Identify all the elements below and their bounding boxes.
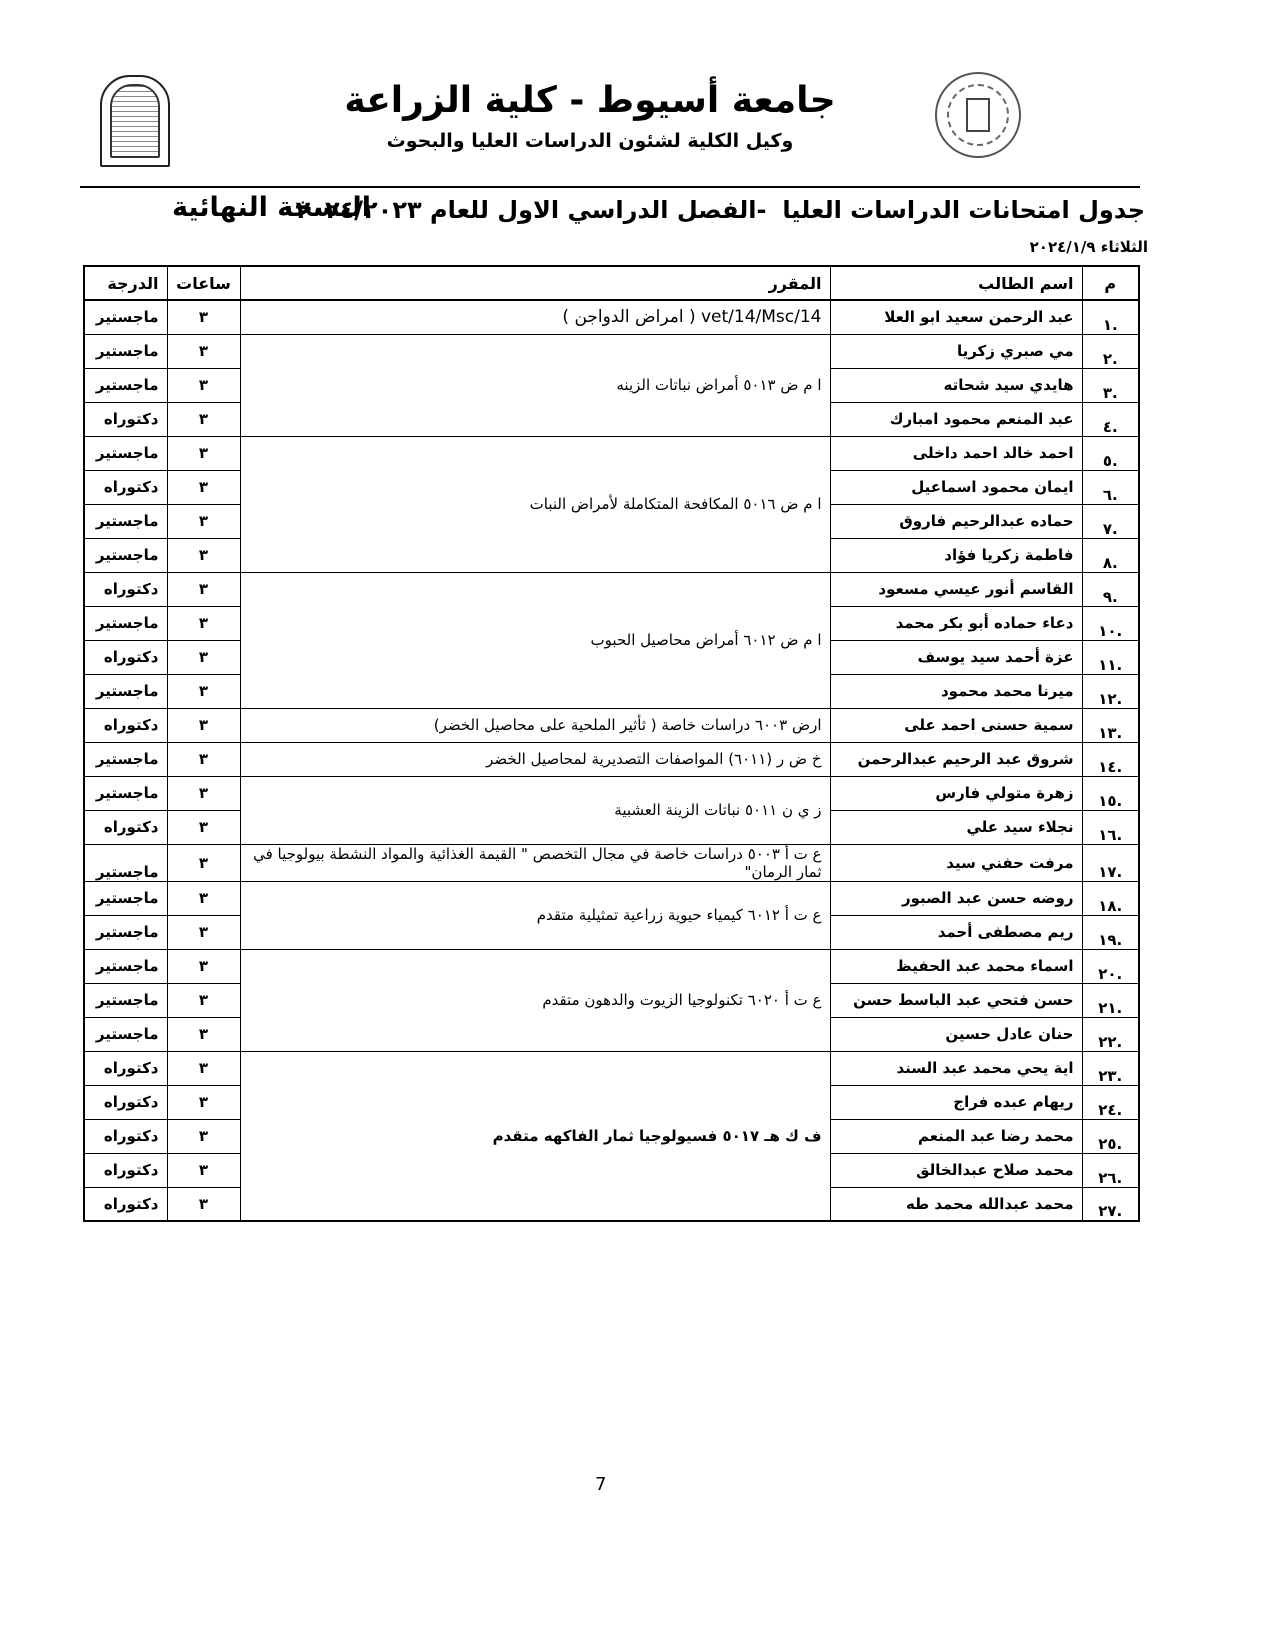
credit-hours: ٣ [167,368,240,402]
row-number: .١٦ [1082,810,1139,844]
credit-hours: ٣ [167,915,240,949]
page-number: 7 [595,1474,606,1495]
row-number: .١٤ [1082,742,1139,776]
degree-cell: ماجستير [84,300,167,334]
student-name: حنان عادل حسين [830,1017,1082,1051]
row-number: .٢٠ [1082,949,1139,983]
student-name: محمد رضا عبد المنعم [830,1119,1082,1153]
row-number: .١١ [1082,640,1139,674]
credit-hours: ٣ [167,572,240,606]
credit-hours: ٣ [167,402,240,436]
row-number: .١٨ [1082,881,1139,915]
degree-cell: دكتوراه [84,1187,167,1221]
degree-cell: ماجستير [84,436,167,470]
course-cell: ع ت أ ٥٠٠٣ دراسات خاصة في مجال التخصص " … [240,844,830,881]
row-number: .٩ [1082,572,1139,606]
student-name: هايدي سيد شحاته [830,368,1082,402]
degree-cell: ماجستير [84,504,167,538]
final-copy-label: النسخة النهائية [172,192,371,223]
row-number: .٤ [1082,402,1139,436]
credit-hours: ٣ [167,1085,240,1119]
degree-cell: دكتوراه [84,1051,167,1085]
student-name: عبد الرحمن سعيد ابو العلا [830,300,1082,334]
table-row: .١٥زهرة متولي فارسز ي ن ٥٠١١ نباتات الزي… [84,776,1139,810]
degree-cell: دكتوراه [84,1085,167,1119]
student-name: ايمان محمود اسماعيل [830,470,1082,504]
student-name: حسن فتحي عبد الباسط حسن [830,983,1082,1017]
column-header-num: م [1082,266,1139,300]
student-name: عبد المنعم محمود امبارك [830,402,1082,436]
degree-cell: ماجستير [84,949,167,983]
degree-cell: ماجستير [84,881,167,915]
student-name: فاطمة زكريا فؤاد [830,538,1082,572]
table-row: .١٧مرفت حفني سيدع ت أ ٥٠٠٣ دراسات خاصة ف… [84,844,1139,881]
student-name: ريهام عبده فراج [830,1085,1082,1119]
table-row: .١٨روضه حسن عبد الصبورع ت أ ٦٠١٢ كيمياء … [84,881,1139,915]
student-name: ميرنا محمد محمود [830,674,1082,708]
header-divider [80,186,1140,188]
row-number: .٨ [1082,538,1139,572]
table-row: .٩القاسم أنور عيسي مسعودا م ض ٦٠١٢ أمراض… [84,572,1139,606]
credit-hours: ٣ [167,436,240,470]
course-cell: خ ض ر (٦٠١١) المواصفات التصديرية لمحاصيل… [240,742,830,776]
degree-cell: ماجستير [84,742,167,776]
credit-hours: ٣ [167,742,240,776]
student-name: زهرة متولي فارس [830,776,1082,810]
credit-hours: ٣ [167,640,240,674]
credit-hours: ٣ [167,674,240,708]
credit-hours: ٣ [167,1051,240,1085]
row-number: .١٣ [1082,708,1139,742]
column-header-degree: الدرجة [84,266,167,300]
degree-cell: ماجستير [84,368,167,402]
student-name: مي صبري زكريا [830,334,1082,368]
row-number: .٧ [1082,504,1139,538]
row-number: .١٧ [1082,844,1139,881]
row-number: .٢٧ [1082,1187,1139,1221]
column-header-hours: ساعات [167,266,240,300]
student-name: اسماء محمد عبد الحفيظ [830,949,1082,983]
student-name: ريم مصطفى أحمد [830,915,1082,949]
student-name: سمية حسنى احمد على [830,708,1082,742]
credit-hours: ٣ [167,1153,240,1187]
exam-date: الثلاثاء ٢٠٢٤/١/٩ [1030,238,1148,256]
course-cell: ا م ض ٦٠١٢ أمراض محاصيل الحبوب [240,572,830,708]
degree-cell: ماجستير [84,915,167,949]
student-name: محمد عبدالله محمد طه [830,1187,1082,1221]
degree-cell: دكتوراه [84,1119,167,1153]
credit-hours: ٣ [167,983,240,1017]
credit-hours: ٣ [167,504,240,538]
row-number: .١٥ [1082,776,1139,810]
student-name: مرفت حفني سيد [830,844,1082,881]
row-number: .٢٤ [1082,1085,1139,1119]
credit-hours: ٣ [167,949,240,983]
degree-cell: ماجستير [84,983,167,1017]
table-row: .١عبد الرحمن سعيد ابو العلاvet/14/Msc/14… [84,300,1139,334]
student-name: نجلاء سيد علي [830,810,1082,844]
student-name: احمد خالد احمد داخلى [830,436,1082,470]
credit-hours: ٣ [167,1017,240,1051]
university-emblem-logo [100,75,170,167]
degree-cell: دكتوراه [84,810,167,844]
course-cell: ع ت أ ٦٠٢٠ تكنولوجيا الزيوت والدهون متقد… [240,949,830,1051]
credit-hours: ٣ [167,1119,240,1153]
table-body: .١عبد الرحمن سعيد ابو العلاvet/14/Msc/14… [84,300,1139,1221]
credit-hours: ٣ [167,1187,240,1221]
student-name: اية يحي محمد عبد السند [830,1051,1082,1085]
row-number: .٢٢ [1082,1017,1139,1051]
row-number: .١٩ [1082,915,1139,949]
row-number: .١٠ [1082,606,1139,640]
degree-cell: ماجستير [84,674,167,708]
table-header-row: م اسم الطالب المقرر ساعات الدرجة [84,266,1139,300]
student-name: القاسم أنور عيسي مسعود [830,572,1082,606]
course-cell: ا م ض ٥٠١٦ المكافحة المتكاملة لأمراض الن… [240,436,830,572]
student-name: حماده عبدالرحيم فاروق [830,504,1082,538]
credit-hours: ٣ [167,606,240,640]
course-cell: ف ك هـ ٥٠١٧ فسيولوجيا ثمار الفاكهه متقدم [240,1051,830,1221]
course-cell: ا م ض ٥٠١٣ أمراض نباتات الزينه [240,334,830,436]
credit-hours: ٣ [167,470,240,504]
degree-cell: دكتوراه [84,572,167,606]
credit-hours: ٣ [167,844,240,881]
degree-cell: ماجستير [84,844,167,881]
credit-hours: ٣ [167,300,240,334]
credit-hours: ٣ [167,538,240,572]
table-row: .٢مي صبري زكرياا م ض ٥٠١٣ أمراض نباتات ا… [84,334,1139,368]
course-cell: ز ي ن ٥٠١١ نباتات الزينة العشبية [240,776,830,844]
credit-hours: ٣ [167,810,240,844]
degree-cell: دكتوراه [84,640,167,674]
degree-cell: ماجستير [84,538,167,572]
row-number: .٢٦ [1082,1153,1139,1187]
table-row: .١٣سمية حسنى احمد علىارض ٦٠٠٣ دراسات خاص… [84,708,1139,742]
document-title: جدول امتحانات الدراسات العليا-الفصل الدر… [296,196,1145,224]
degree-cell: دكتوراه [84,1153,167,1187]
table-row: .١٤شروق عبد الرحيم عبدالرحمنخ ض ر (٦٠١١)… [84,742,1139,776]
table-row: .٢٣اية يحي محمد عبد السندف ك هـ ٥٠١٧ فسي… [84,1051,1139,1085]
student-name: روضه حسن عبد الصبور [830,881,1082,915]
degree-cell: ماجستير [84,334,167,368]
student-name: دعاء حماده أبو بكر محمد [830,606,1082,640]
table-row: .٢٠اسماء محمد عبد الحفيظع ت أ ٦٠٢٠ تكنول… [84,949,1139,983]
row-number: .٢٣ [1082,1051,1139,1085]
credit-hours: ٣ [167,708,240,742]
credit-hours: ٣ [167,334,240,368]
student-name: عزة أحمد سيد يوسف [830,640,1082,674]
course-cell: vet/14/Msc/14 ( امراض الدواجن ) [240,300,830,334]
office-subtitle: وكيل الكلية لشئون الدراسات العليا والبحو… [360,130,820,152]
student-name: شروق عبد الرحيم عبدالرحمن [830,742,1082,776]
row-number: .٦ [1082,470,1139,504]
course-cell: ع ت أ ٦٠١٢ كيمياء حيوية زراعية تمثيلية م… [240,881,830,949]
degree-cell: دكتوراه [84,402,167,436]
faculty-seal-logo [935,72,1021,158]
degree-cell: دكتوراه [84,708,167,742]
university-title: جامعة أسيوط - كلية الزراعة [330,80,850,121]
document-title-main: جدول امتحانات الدراسات العليا [782,196,1145,224]
column-header-student-name: اسم الطالب [830,266,1082,300]
column-header-course: المقرر [240,266,830,300]
credit-hours: ٣ [167,881,240,915]
degree-cell: ماجستير [84,606,167,640]
row-number: .١ [1082,300,1139,334]
row-number: .٢ [1082,334,1139,368]
degree-cell: ماجستير [84,1017,167,1051]
row-number: .٢٥ [1082,1119,1139,1153]
row-number: .٢١ [1082,983,1139,1017]
exam-schedule-table: م اسم الطالب المقرر ساعات الدرجة .١عبد ا… [83,265,1140,1222]
table-row: .٥احمد خالد احمد داخلىا م ض ٥٠١٦ المكافح… [84,436,1139,470]
degree-cell: ماجستير [84,776,167,810]
row-number: .٣ [1082,368,1139,402]
student-name: محمد صلاح عبدالخالق [830,1153,1082,1187]
row-number: .٥ [1082,436,1139,470]
course-cell: ارض ٦٠٠٣ دراسات خاصة ( ثأثير الملحية على… [240,708,830,742]
row-number: .١٢ [1082,674,1139,708]
degree-cell: دكتوراه [84,470,167,504]
credit-hours: ٣ [167,776,240,810]
